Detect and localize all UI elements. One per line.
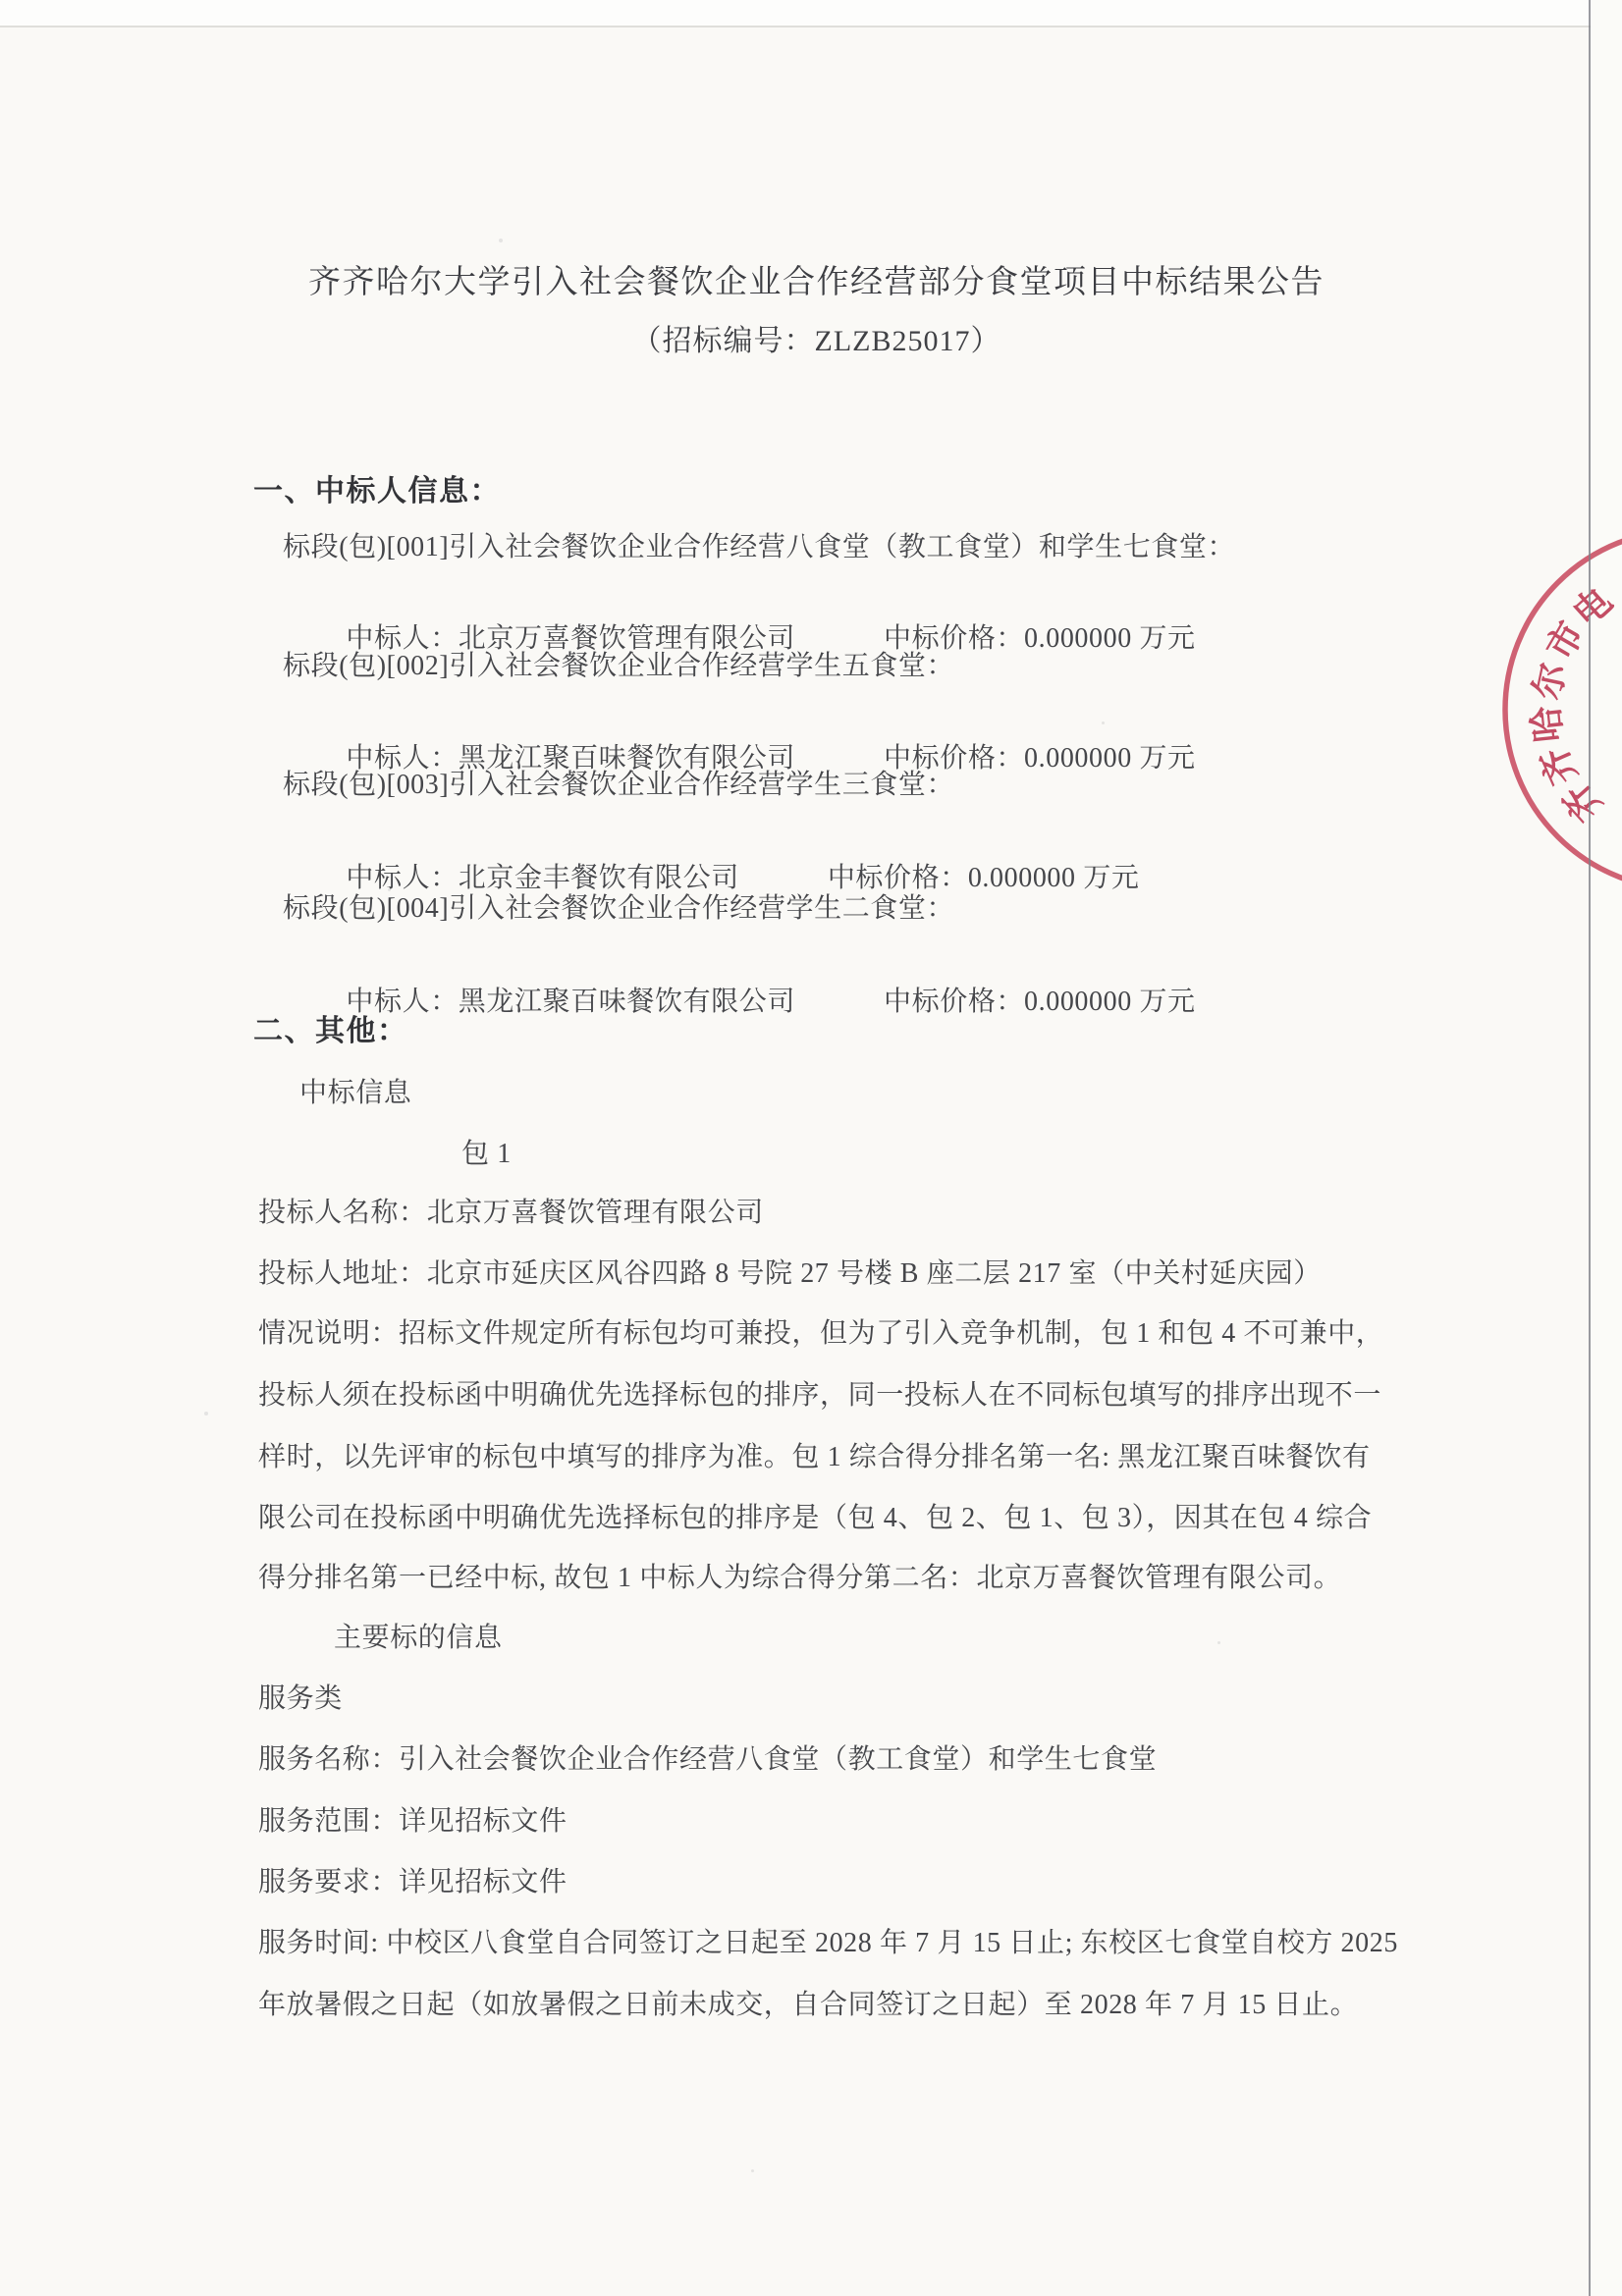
paragraph-line: 主要标的信息 — [334, 1623, 503, 1654]
paragraph-line: 情况说明：招标文件规定所有标包均可兼投，但为了引入竞争机制，包 1 和包 4 不… — [258, 1318, 1383, 1350]
doc-title: 齐齐哈尔大学引入社会餐饮企业合作经营部分食堂项目中标结果公告 — [258, 265, 1375, 302]
lot-004-price: 中标价格：0.000000 万元 — [884, 987, 1196, 1017]
paragraph-line: 样时，以先评审的标包中填写的排序为准。包 1 综合得分排名第一名: 黑龙江聚百味… — [258, 1442, 1371, 1473]
paragraph-line: 服务要求：详见招标文件 — [258, 1867, 568, 1898]
paragraph-line: 投标人地址：北京市延庆区风谷四路 8 号院 27 号楼 B 座二层 217 室（… — [258, 1258, 1322, 1290]
red-seal-stamp: 齐 齐 哈 尔 市 电 — [1443, 506, 1622, 918]
lot-004-winner-line: 中标人：黑龙江聚百味餐饮有限公司中标价格：0.000000 万元 — [316, 955, 1196, 1050]
scan-right-strip — [1591, 0, 1622, 2296]
paragraph-line: 得分排名第一已经中标, 故包 1 中标人为综合得分第二名：北京万喜餐饮管理有限公… — [258, 1563, 1341, 1594]
paragraph-line: 年放暑假之日起（如放暑假之日前未成交，自合同签订之日起）至 2028 年 7 月… — [258, 1990, 1358, 2021]
paragraph-line: 投标人名称：北京万喜餐饮管理有限公司 — [258, 1198, 764, 1229]
lot-002-label: 标段(包)[002]引入社会餐饮企业合作经营学生五食堂： — [283, 651, 954, 682]
doc-subtitle: （招标编号：ZLZB25017） — [258, 325, 1375, 359]
lot-004-winner: 中标人：黑龙江聚百味餐饮有限公司 — [346, 987, 795, 1017]
paper-speck — [388, 888, 391, 891]
page-edge-line — [1589, 0, 1591, 2296]
paper-speck — [1102, 721, 1105, 724]
red-seal-arc-char: 哈 — [1526, 704, 1571, 744]
section2-subheading: 中标信息 — [299, 1078, 411, 1109]
section2-heading: 二、其他： — [253, 1015, 408, 1049]
lot-003-label: 标段(包)[003]引入社会餐饮企业合作经营学生三食堂： — [283, 770, 954, 801]
red-seal-arc-char: 尔 — [1527, 659, 1575, 703]
lot-003-price: 中标价格：0.000000 万元 — [828, 863, 1140, 893]
lot-004-label: 标段(包)[004]引入社会餐饮企业合作经营学生二食堂： — [283, 893, 954, 925]
scan-top-edge — [0, 0, 1622, 27]
section1-heading: 一、中标人信息： — [253, 475, 501, 509]
package-label: 包 1 — [461, 1139, 512, 1170]
paragraph-line: 服务类 — [258, 1683, 343, 1715]
paragraph-line: 服务时间: 中校区八食堂自合同签订之日起至 2028 年 7 月 15 日止; … — [258, 1928, 1398, 1959]
paper-speck — [499, 239, 503, 242]
paper-speck — [204, 1412, 208, 1415]
lot-003-winner: 中标人：北京金丰餐饮有限公司 — [346, 863, 738, 893]
paragraph-line: 投标人须在投标函中明确优先选择标包的排序，同一投标人在不同标包填写的排序出现不一 — [258, 1380, 1381, 1412]
lot-001-label: 标段(包)[001]引入社会餐饮企业合作经营八食堂（教工食堂）和学生七食堂： — [283, 532, 1235, 563]
paper-speck — [1217, 1641, 1220, 1644]
lot-001-winner: 中标人：北京万喜餐饮管理有限公司 — [346, 623, 795, 654]
paragraph-line: 限公司在投标函中明确优先选择标包的排序是（包 4、包 2、包 1、包 3），因其… — [258, 1503, 1372, 1534]
paragraph-line: 服务名称：引入社会餐饮企业合作经营八食堂（教工食堂）和学生七食堂 — [258, 1744, 1157, 1776]
paper-speck — [751, 2169, 754, 2172]
scanned-document-page: 齐 齐 哈 尔 市 电 齐齐哈尔大学引入社会餐饮企业合作经营部分食堂项目中标结果… — [0, 0, 1622, 2296]
lot-001-price: 中标价格：0.000000 万元 — [884, 623, 1196, 654]
paragraph-line: 服务范围：详见招标文件 — [258, 1806, 568, 1838]
